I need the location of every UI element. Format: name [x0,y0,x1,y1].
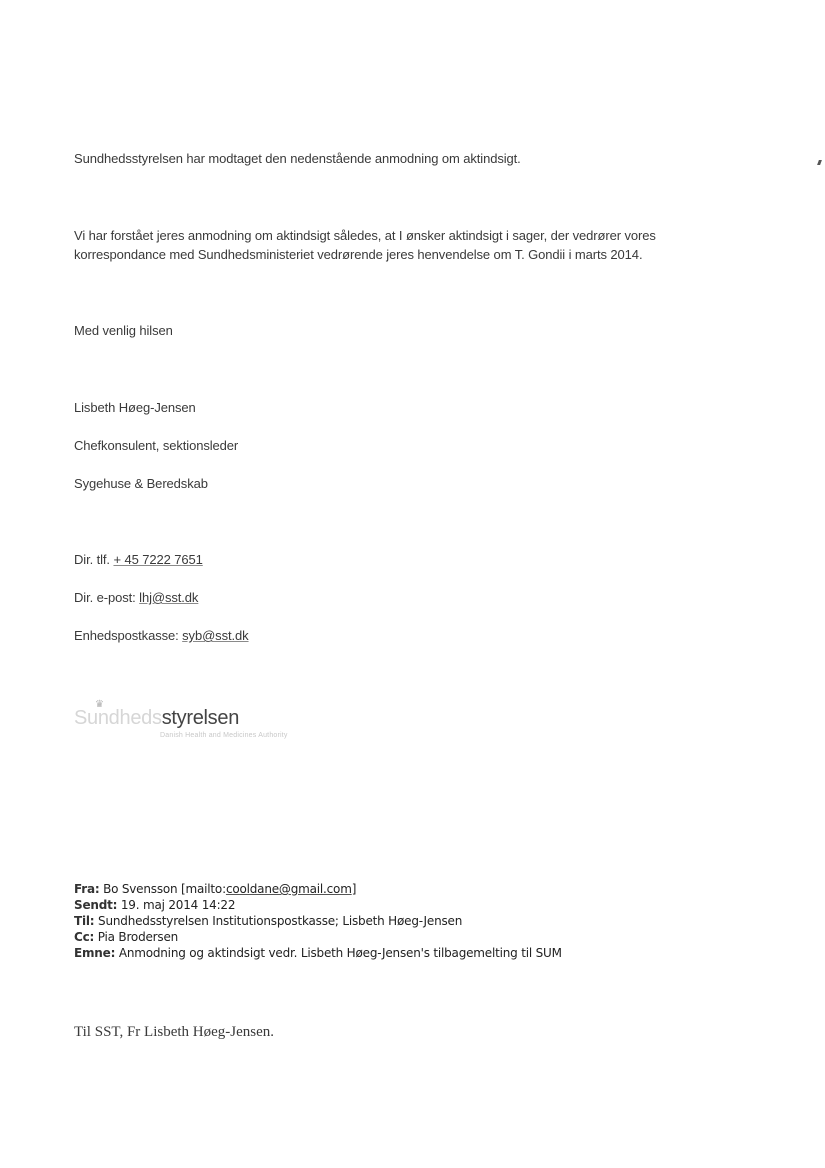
sent-label: Sendt: [74,898,117,912]
closing-text: Med venlig hilsen [74,321,173,340]
understanding-line-1: Vi har forstået jeres anmodning om aktin… [74,226,754,245]
subject-label: Emne: [74,946,115,960]
from-close: ] [352,882,356,896]
phone-label: Dir. tlf. [74,552,110,567]
unit-mailbox-line: Enhedspostkasse: syb@sst.dk [74,626,249,645]
sundhedsstyrelsen-logo: ♛ Sundhedsstyrelsen Danish Health and Me… [74,700,374,750]
understanding-paragraph: Vi har forstået jeres anmodning om aktin… [74,226,754,264]
from-label: Fra: [74,882,99,896]
to-row: Til: Sundhedsstyrelsen Institutionspostk… [74,913,562,929]
signature-department: Sygehuse & Beredskab [74,474,208,493]
phone-link[interactable]: + 45 7222 7651 [113,552,202,567]
logo-word-light: Sundheds [74,707,162,729]
sent-value: 19. maj 2014 14:22 [121,898,235,912]
unit-mailbox-link[interactable]: syb@sst.dk [182,628,248,643]
scan-artifact-mark [817,160,822,165]
signature-title: Chefkonsulent, sektionsleder [74,436,238,455]
to-label: Til: [74,914,94,928]
from-email-link[interactable]: cooldane@gmail.com [226,882,352,896]
unit-mailbox-label: Enhedspostkasse: [74,628,179,643]
phone-line: Dir. tlf. + 45 7222 7651 [74,550,203,569]
logo-wordmark: Sundhedsstyrelsen [74,706,239,730]
logo-tagline: Danish Health and Medicines Authority [160,732,288,739]
email-salutation: Til SST, Fr Lisbeth Høeg-Jensen. [74,1023,274,1041]
cc-label: Cc: [74,930,94,944]
to-value: Sundhedsstyrelsen Institutionspostkasse;… [98,914,462,928]
from-row: Fra: Bo Svensson [mailto:cooldane@gmail.… [74,881,562,897]
email-line: Dir. e-post: lhj@sst.dk [74,588,198,607]
cc-row: Cc: Pia Brodersen [74,929,562,945]
forwarded-email-header: Fra: Bo Svensson [mailto:cooldane@gmail.… [74,881,562,961]
sent-row: Sendt: 19. maj 2014 14:22 [74,897,562,913]
email-label: Dir. e-post: [74,590,136,605]
logo-word-dark: styrelsen [162,707,239,729]
subject-row: Emne: Anmodning og aktindsigt vedr. Lisb… [74,945,562,961]
cc-value: Pia Brodersen [98,930,178,944]
intro-text: Sundhedsstyrelsen har modtaget den neden… [74,149,521,168]
email-link[interactable]: lhj@sst.dk [139,590,198,605]
signature-name: Lisbeth Høeg-Jensen [74,398,196,417]
from-name: Bo Svensson [mailto: [103,882,226,896]
subject-value: Anmodning og aktindsigt vedr. Lisbeth Hø… [119,946,562,960]
understanding-line-2: korrespondance med Sundhedsministeriet v… [74,245,754,264]
